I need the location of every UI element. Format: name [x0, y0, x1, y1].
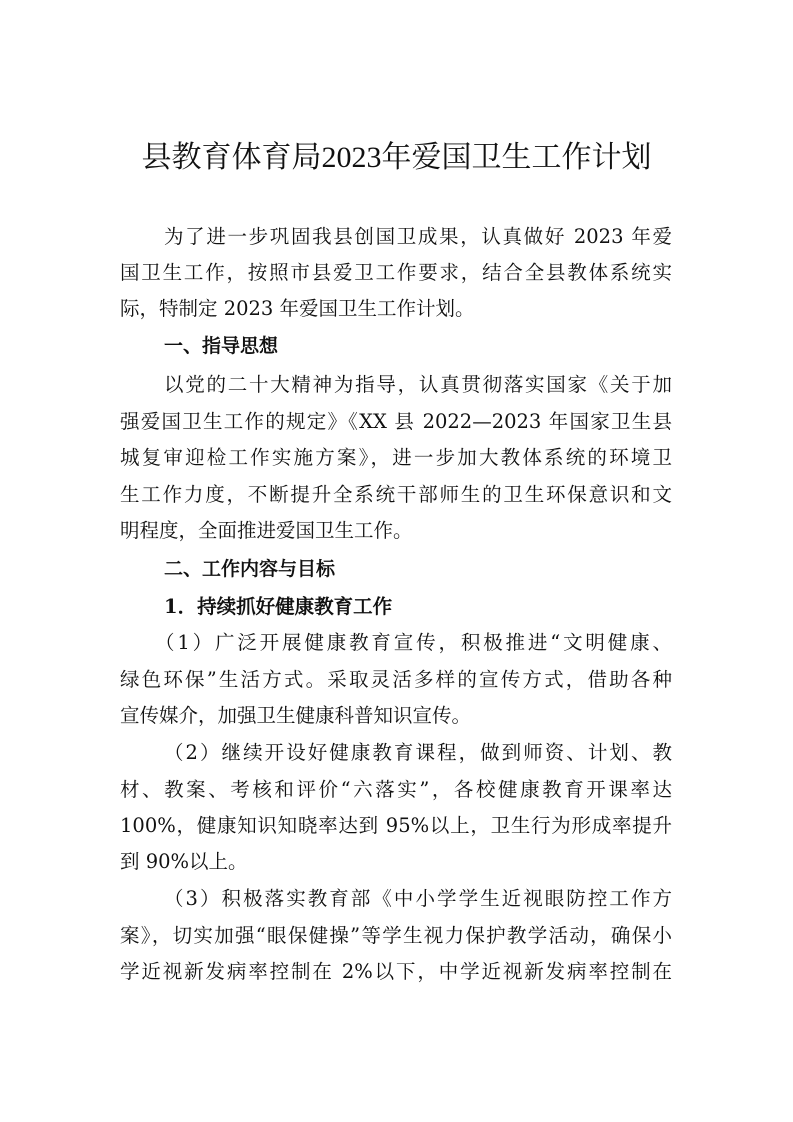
item-1-line-2: 绿色环保”生活方式。采取灵活多样的宣传方式，借助各种	[120, 661, 672, 698]
paragraph-guiding-line-1: 以党的二十大精神为指导，认真贯彻落实国家《关于加	[164, 366, 672, 403]
subsection-heading-health-education: 1．持续抓好健康教育工作	[164, 588, 672, 625]
paragraph-guiding-line-4: 生工作力度，不断提升全系统干部师生的卫生环保意识和文	[120, 476, 672, 513]
document-page: 县教育体育局2023年爱国卫生工作计划 为了进一步巩固我县创国卫成果，认真做好 …	[0, 0, 793, 1122]
item-2-line-4: 到 90%以上。	[120, 843, 672, 880]
item-3-line-3: 学近视新发病率控制在 2%以下，中学近视新发病率控制在	[120, 953, 672, 990]
item-1-line-1: （1）广泛开展健康教育宣传，积极推进“文明健康、	[155, 624, 672, 661]
paragraph-guiding-line-5: 明程度，全面推进爱国卫生工作。	[120, 512, 672, 549]
item-1-line-3: 宣传媒介，加强卫生健康科普知识宣传。	[120, 697, 672, 734]
item-3-line-1: （3）积极落实教育部《中小学学生近视眼防控工作方	[164, 880, 672, 917]
paragraph-guiding-line-3: 城复审迎检工作实施方案》，进一步加大教体系统的环境卫	[120, 439, 672, 476]
item-2-line-2: 材、教案、考核和评价“六落实”，各校健康教育开课率达	[120, 771, 672, 808]
paragraph-guiding-line-2: 强爱国卫生工作的规定》《XX 县 2022—2023 年国家卫生县	[120, 403, 672, 440]
item-2-line-1: （2）继续开设好健康教育课程，做到师资、计划、教	[164, 734, 672, 771]
document-title: 县教育体育局2023年爱国卫生工作计划	[0, 136, 793, 180]
item-2-line-3: 100%，健康知识知晓率达到 95%以上，卫生行为形成率提升	[120, 807, 672, 844]
section-heading-guiding-thought: 一、指导思想	[164, 328, 672, 365]
paragraph-intro-line-1: 为了进一步巩固我县创国卫成果，认真做好 2023 年爱	[164, 218, 672, 255]
item-3-line-2: 案》，切实加强“眼保健操”等学生视力保护教学活动，确保小	[120, 917, 672, 954]
section-heading-work-content: 二、工作内容与目标	[164, 551, 672, 588]
paragraph-intro-line-2: 国卫生工作，按照市县爱卫工作要求，结合全县教体系统实	[120, 254, 672, 291]
paragraph-intro-line-3: 际，特制定 2023 年爱国卫生工作计划。	[120, 290, 672, 327]
